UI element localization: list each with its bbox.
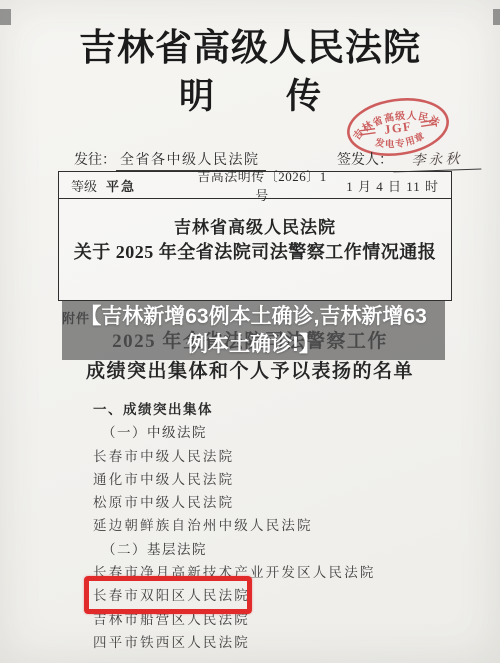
urgency-label: 等级	[71, 176, 97, 195]
list-item: 通化市中级人民法院	[93, 468, 453, 491]
notice-issuer: 吉林省高级人民法院	[59, 216, 451, 240]
telegram-meta-row: 等级 平急 吉高法明传〔2026〕1 号 1 月 4 日 11 时	[59, 172, 451, 199]
document-photo: 吉林省高级人民法院 明 传 吉林省高级人民法院 JGF 发电专用章 发往：全省各…	[0, 0, 500, 663]
doc-type-char-chuan: 传	[286, 69, 321, 119]
urgency-field: 等级 平急	[71, 176, 189, 195]
overlay-line1: 【吉林新增63例本土确诊,吉林新增63	[80, 303, 427, 331]
signer-label: 签发人：	[337, 153, 393, 168]
court-masthead: 吉林省高级人民法院	[0, 17, 500, 71]
overlay-line2: 例本土确诊!】	[187, 331, 320, 359]
roster-group2-label: （二）基层法院	[93, 538, 453, 561]
red-highlight-box	[84, 576, 252, 614]
doc-datetime: 1 月 4 日 11 时	[335, 176, 439, 195]
signer-signature: 李永秋	[393, 147, 482, 172]
signer-field: 签发人：李永秋	[337, 149, 481, 171]
notice-title: 关于 2025 年全省法院司法警察工作情况通报	[59, 240, 451, 265]
telegram-frame: 等级 平急 吉高法明传〔2026〕1 号 1 月 4 日 11 时 吉林省高级人…	[58, 171, 452, 301]
attachment-title-line2: 成绩突出集体和个人予以表扬的名单	[0, 356, 500, 383]
spam-overlay-banner: 【吉林新增63例本土确诊,吉林新增63 例本土确诊!】	[62, 301, 445, 360]
urgency-value: 平急	[106, 176, 136, 195]
commendation-roster: 一、成绩突出集体 （一）中级法院 长春市中级人民法院 通化市中级人民法院 松原市…	[93, 398, 453, 654]
doc-number: 吉高法明传〔2026〕1 号	[189, 166, 335, 204]
list-item: 延边朝鲜族自治州中级人民法院	[93, 514, 453, 537]
list-item: 松原市中级人民法院	[93, 491, 453, 514]
stamp-code: JGF	[383, 119, 413, 137]
list-item: 四平市铁西区人民法院	[93, 631, 453, 654]
list-item: 长春市中级人民法院	[93, 445, 453, 468]
roster-heading: 一、成绩突出集体	[93, 398, 453, 421]
notice-heading: 吉林省高级人民法院 关于 2025 年全省法院司法警察工作情况通报	[59, 216, 451, 265]
doc-type-char-ming: 明	[179, 69, 214, 119]
roster-group1-label: （一）中级法院	[93, 421, 453, 444]
send-to-label: 发往：	[74, 153, 116, 168]
